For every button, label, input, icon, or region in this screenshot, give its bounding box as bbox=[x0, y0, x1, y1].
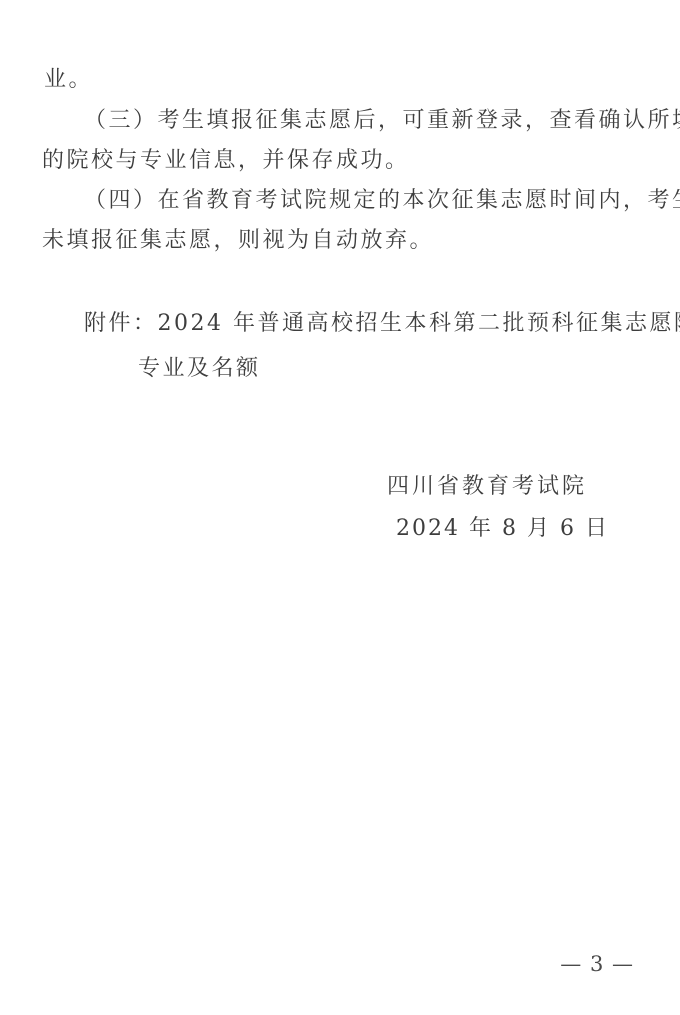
attachment-line-1: 附件：2024 年普通高校招生本科第二批预科征集志愿院校、 bbox=[84, 310, 680, 338]
page-number: — 3 — bbox=[560, 951, 634, 977]
attachment-line-2: 专业及名额 bbox=[138, 355, 261, 383]
paragraph-item-4-line-1: （四）在省教育考试院规定的本次征集志愿时间内，考生若 bbox=[84, 187, 680, 215]
paragraph-item-3-line-1: （三）考生填报征集志愿后，可重新登录，查看确认所填报 bbox=[84, 107, 680, 135]
document-page: 业。 （三）考生填报征集志愿后，可重新登录，查看确认所填报 的院校与专业信息，并… bbox=[0, 0, 680, 1015]
signature-issuer: 四川省教育考试院 bbox=[387, 473, 587, 501]
paragraph-item-4-line-2: 未填报征集志愿，则视为自动放弃。 bbox=[42, 227, 434, 255]
signature-date: 2024 年 8 月 6 日 bbox=[396, 515, 609, 543]
body-continuation-line: 业。 bbox=[44, 66, 93, 94]
paragraph-item-3-line-2: 的院校与专业信息，并保存成功。 bbox=[42, 147, 410, 175]
